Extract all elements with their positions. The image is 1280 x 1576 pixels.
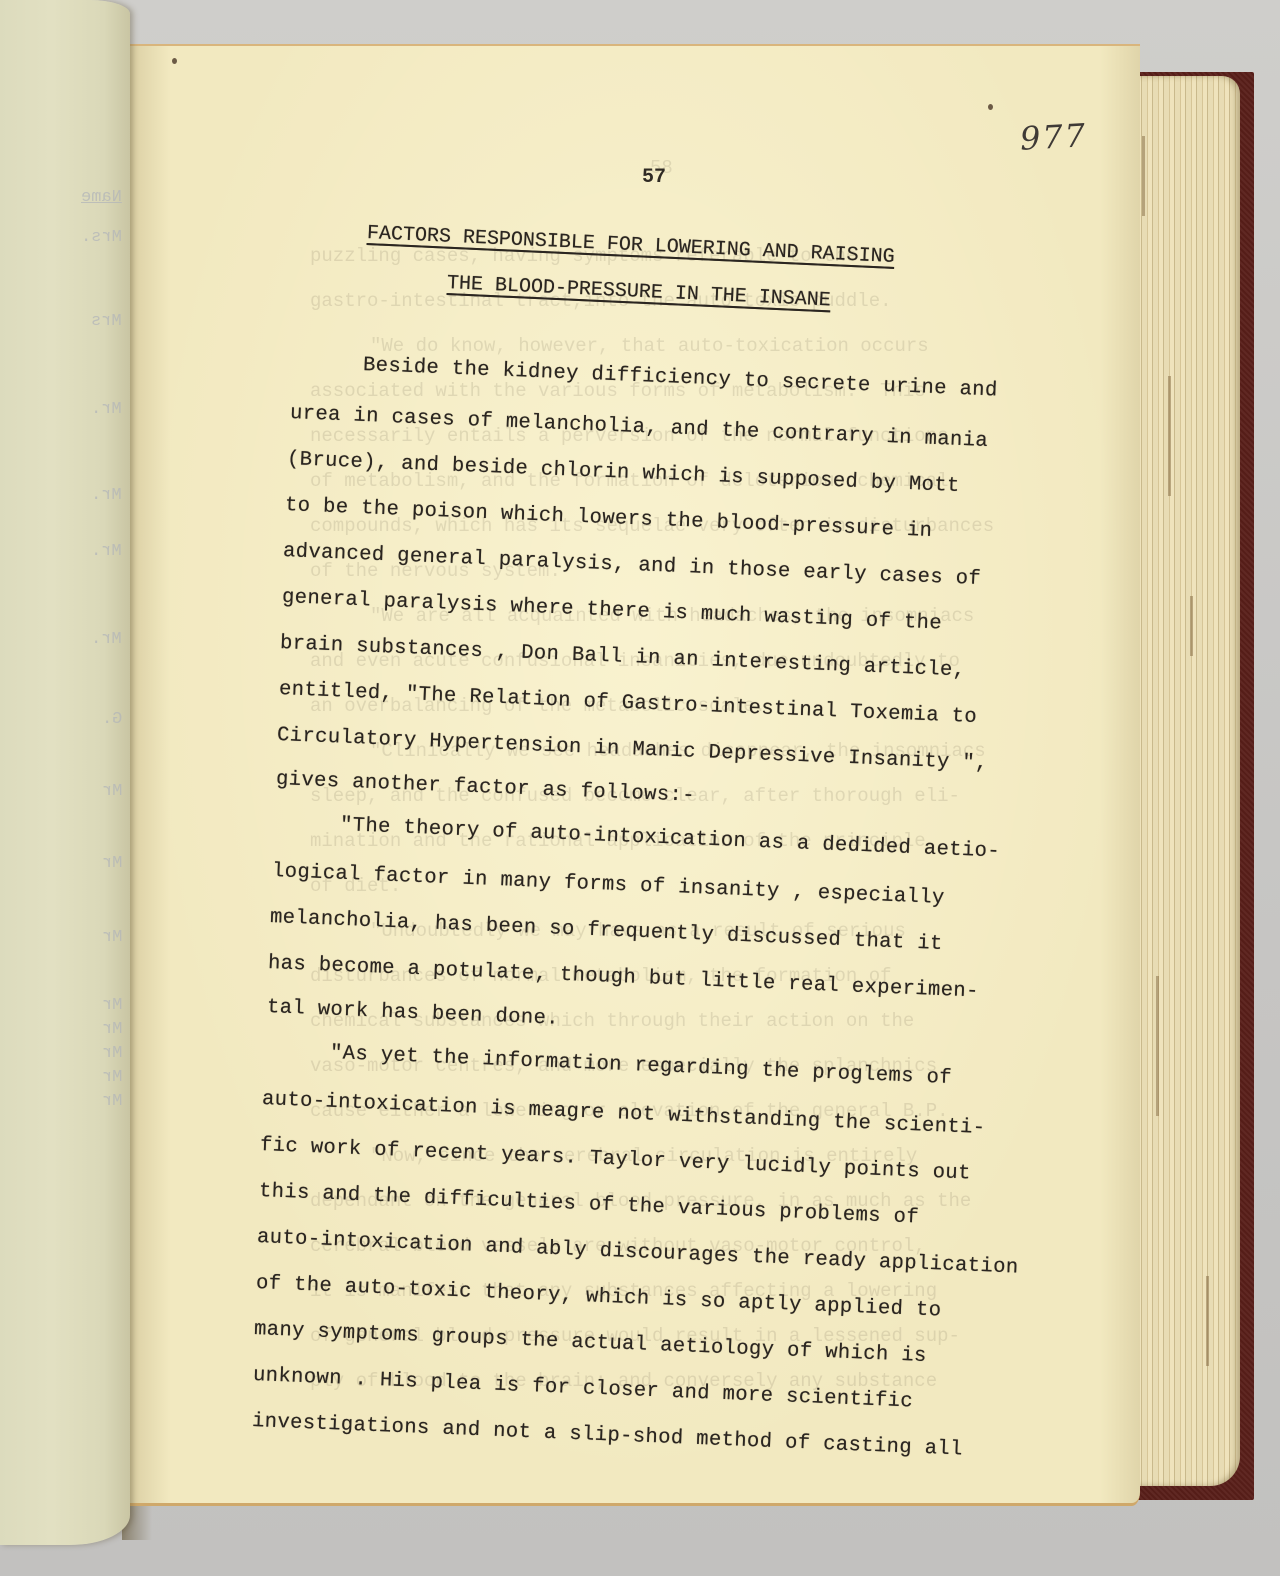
edge-stain (1206, 1276, 1209, 1366)
body-line: unknown . His plea is for closer and mor… (253, 1364, 914, 1413)
mirrored-text: Mr (102, 1020, 122, 1039)
title-line-1: FACTORS RESPONSIBLE FOR LOWERING AND RAI… (366, 222, 895, 269)
previous-leaf: Name Mrs. Mrs Mr. Mr. Mr. Mr. G. Mr Mr M… (0, 0, 130, 1545)
body-line: "As yet the information regarding the pr… (330, 1042, 953, 1090)
mirrored-text: Mr (102, 1092, 122, 1111)
mirrored-text: Mr. (91, 542, 122, 561)
edge-stain (1142, 136, 1145, 216)
body-line: (Bruce), and beside chlorin which is sup… (287, 448, 961, 498)
body-line: urea in cases of melancholia, and the co… (290, 402, 989, 453)
body-line: advanced general paralysis, and in those… (283, 540, 982, 591)
handwritten-folio-number: 977 (1019, 116, 1088, 157)
mirrored-text: G. (102, 710, 122, 729)
body-line: Beside the kidney difficiency to secrete… (363, 354, 999, 402)
body-line: fic work of recent years. Taylor very lu… (260, 1134, 972, 1186)
body-line: investigations and not a slip-shod metho… (252, 1410, 964, 1462)
document-page: 58 puzzling cases, having symptoms refer… (130, 44, 1140, 1506)
edge-stain (1156, 976, 1159, 1116)
body-line: to be the poison which lowers the blood-… (285, 494, 933, 543)
body-line: logical factor in many forms of insanity… (272, 860, 946, 910)
mirrored-text: Name (81, 188, 122, 207)
body-line: auto-intoxication and ably discourages t… (257, 1226, 1019, 1280)
body-line: tal work has been done. (267, 996, 560, 1031)
mirrored-text: Mr (102, 928, 122, 947)
edge-stain (1190, 596, 1193, 656)
mirrored-text: Mrs (91, 312, 122, 331)
body-line: melancholia, has been so frequently disc… (270, 906, 944, 956)
page-number: 57 (642, 166, 666, 189)
edge-stain (1168, 376, 1171, 496)
mirrored-text: Mr (102, 782, 122, 801)
body-line: gives another factor as follows:- (276, 768, 696, 808)
mirrored-text: Mr. (91, 486, 122, 505)
binding-hole (988, 104, 993, 110)
mirrored-text: Mr (102, 996, 122, 1015)
mirrored-text: Mr (102, 1068, 122, 1087)
body-line: auto-intoxication is meagre not withstan… (262, 1088, 986, 1140)
body-line: many symptoms groups the actual aetiolog… (254, 1318, 928, 1368)
body-line: entitled, "The Relation of Gastro-intest… (279, 678, 978, 729)
title-line-2: THE BLOOD-PRESSURE IN THE INSANE (446, 272, 831, 312)
body-line: general paralysis where there is much wa… (282, 586, 943, 635)
mirrored-text: Mr. (91, 400, 122, 419)
body-line: brain substances , Don Ball in an intere… (280, 632, 966, 683)
body-line: Circulatory Hypertension in Manic Depres… (277, 724, 989, 776)
mirrored-text: Mr (102, 1044, 122, 1063)
body-line: "The theory of auto-intoxication as a de… (340, 814, 1001, 863)
body-line: of the auto-toxic theory, which is so ap… (256, 1272, 942, 1323)
body-line: has become a potulate, though but little… (268, 952, 980, 1004)
mirrored-text: Mr. (91, 630, 122, 649)
mirrored-text: Mr (102, 854, 122, 873)
body-line: this and the difficulties of the various… (259, 1180, 920, 1229)
mirrored-text: Mrs. (81, 228, 122, 247)
binding-hole (172, 58, 177, 64)
